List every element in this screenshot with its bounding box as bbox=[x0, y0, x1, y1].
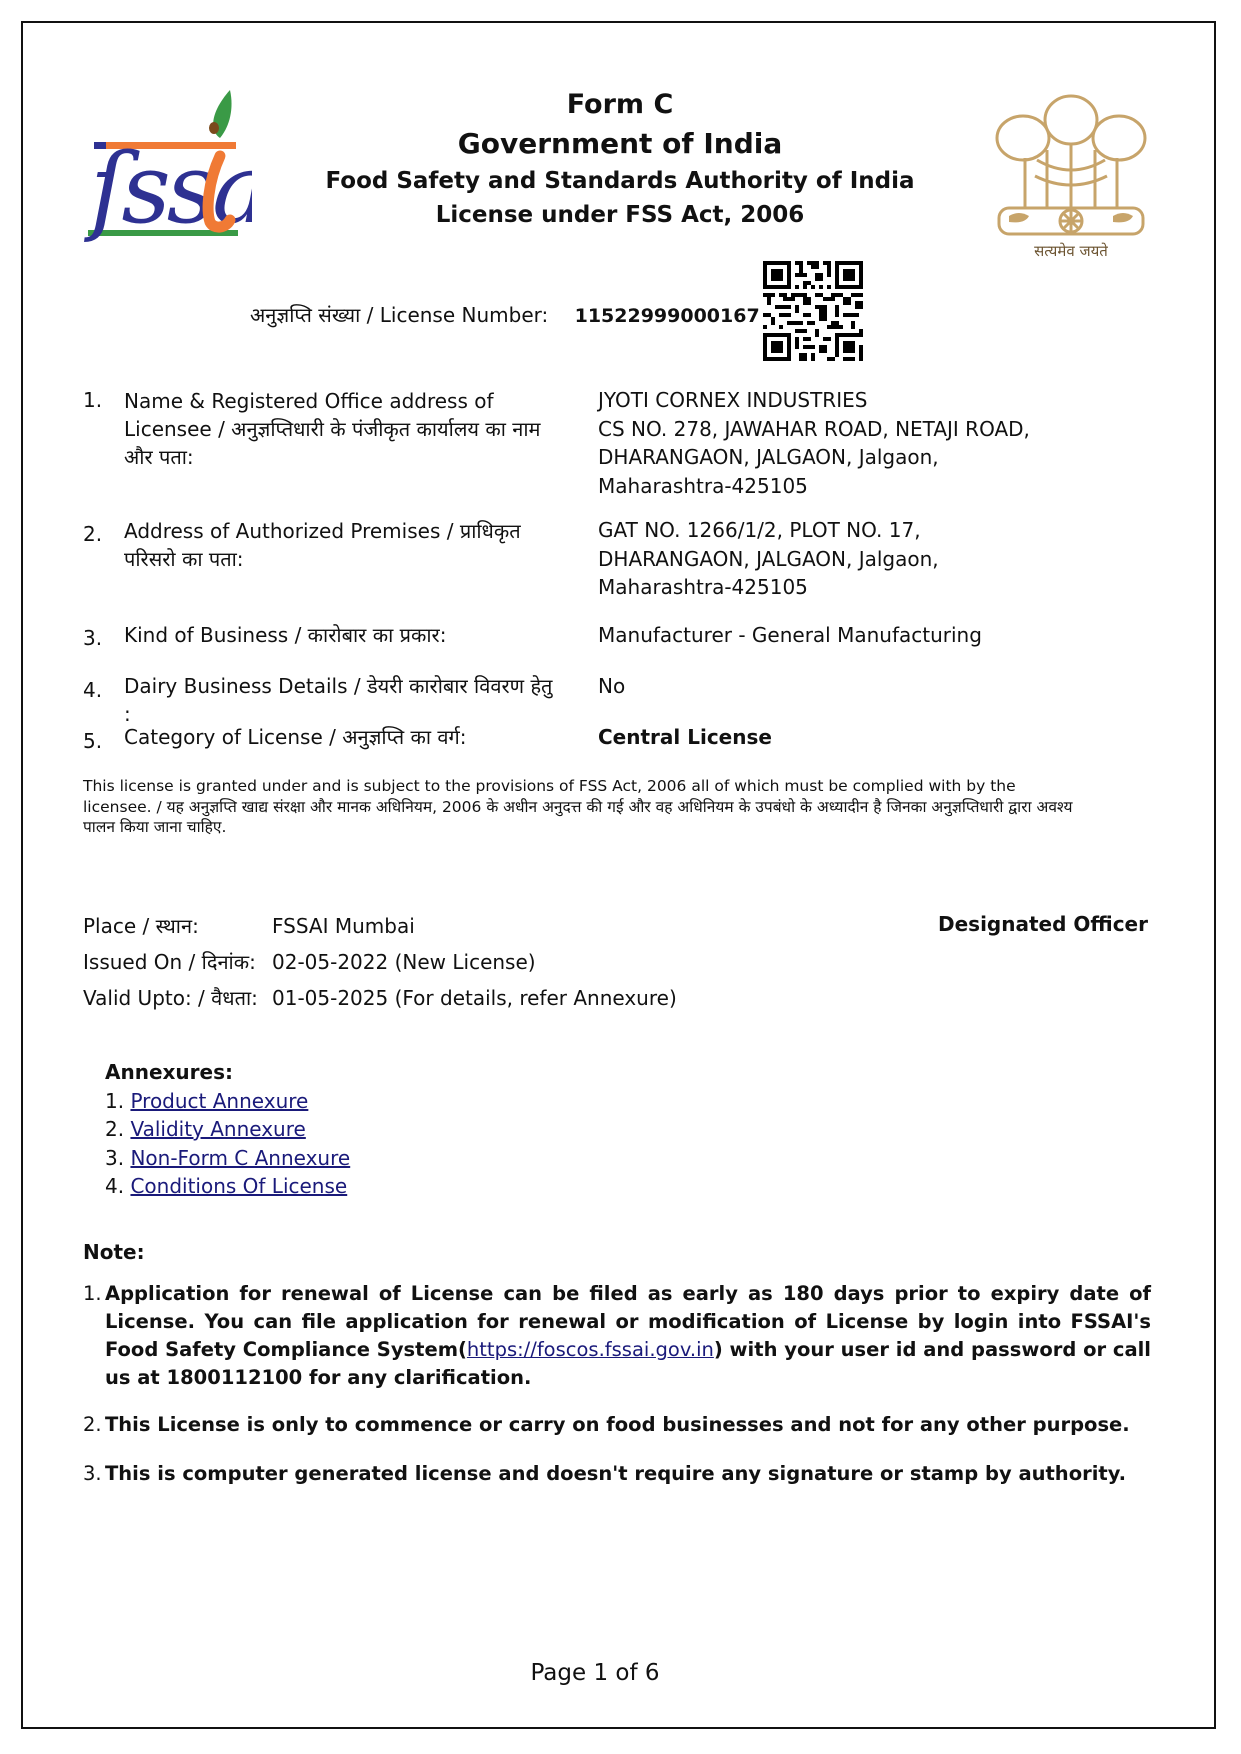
designated-officer: Designated Officer bbox=[938, 912, 1148, 936]
svg-text:सत्यमेव जयते: सत्यमेव जयते bbox=[1034, 242, 1108, 260]
conditions-of-license-link[interactable]: Conditions Of License bbox=[130, 1174, 347, 1198]
row-3-label: Kind of Business / कारोबार का प्रकार: bbox=[124, 621, 564, 649]
page-number: Page 1 of 6 bbox=[0, 1660, 1190, 1686]
licensee-name: JYOTI CORNEX INDUSTRIES bbox=[598, 386, 1158, 415]
note-item-2: 2. This License is only to commence or c… bbox=[83, 1411, 1151, 1439]
fssai-logo: ſssa bbox=[80, 82, 252, 252]
licensee-address-line: Maharashtra-425105 bbox=[598, 472, 1158, 501]
premises-address-line: GAT NO. 1266/1/2, PLOT NO. 17, bbox=[598, 516, 1158, 545]
national-emblem: सत्यमेव जयते bbox=[985, 80, 1157, 260]
act-title: License under FSS Act, 2006 bbox=[300, 198, 940, 232]
government-title: Government of India bbox=[300, 124, 940, 164]
row-1-value: JYOTI CORNEX INDUSTRIES CS NO. 278, JAWA… bbox=[598, 386, 1158, 500]
annexures-list: Annexures: 1. Product Annexure 2. Validi… bbox=[105, 1058, 350, 1201]
premises-address-line: Maharashtra-425105 bbox=[598, 573, 1158, 602]
row-3-number: 3. bbox=[83, 626, 102, 650]
non-form-c-annexure-link[interactable]: Non-Form C Annexure bbox=[130, 1146, 350, 1170]
dairy-business-value: No bbox=[598, 672, 1158, 701]
annexure-item: 4. Conditions Of License bbox=[105, 1172, 350, 1201]
place-label: Place / स्थान: bbox=[83, 911, 199, 941]
issued-on-value: 02-05-2022 (New License) bbox=[272, 947, 536, 977]
place-value: FSSAI Mumbai bbox=[272, 911, 415, 941]
issued-on-label: Issued On / दिनांक: bbox=[83, 947, 256, 977]
note-item-3: 3. This is computer generated license an… bbox=[83, 1460, 1151, 1488]
foscos-link[interactable]: https://foscos.fssai.gov.in bbox=[467, 1338, 714, 1361]
product-annexure-link[interactable]: Product Annexure bbox=[130, 1089, 308, 1113]
row-2-value: GAT NO. 1266/1/2, PLOT NO. 17, DHARANGAO… bbox=[598, 516, 1158, 602]
form-title: Form C bbox=[300, 86, 940, 124]
header: Form C Government of India Food Safety a… bbox=[300, 86, 940, 232]
qr-code bbox=[763, 261, 863, 361]
valid-upto-value: 01-05-2025 (For details, refer Annexure) bbox=[272, 983, 677, 1013]
annexures-title: Annexures: bbox=[105, 1058, 350, 1087]
license-number-label: अनुज्ञप्ति संख्या / License Number: bbox=[250, 300, 548, 330]
row-1-number: 1. bbox=[83, 388, 102, 412]
premises-address-line: DHARANGAON, JALGAON, Jalgaon, bbox=[598, 545, 1158, 574]
row-2-number: 2. bbox=[83, 522, 102, 546]
row-5-number: 5. bbox=[83, 729, 102, 753]
row-5-label: Category of License / अनुज्ञप्ति का वर्ग… bbox=[124, 723, 564, 751]
row-4-number: 4. bbox=[83, 678, 102, 702]
license-number: 11522999000167 bbox=[575, 301, 760, 331]
license-category-value: Central License bbox=[598, 723, 1158, 752]
kind-of-business-value: Manufacturer - General Manufacturing bbox=[598, 621, 1158, 650]
note-item-1: 1. Application for renewal of License ca… bbox=[83, 1280, 1151, 1392]
note-title: Note: bbox=[83, 1240, 145, 1264]
licensee-address-line: DHARANGAON, JALGAON, Jalgaon, bbox=[598, 443, 1158, 472]
license-number-row: अनुज्ञप्ति संख्या / License Number: 1152… bbox=[250, 300, 760, 331]
validity-annexure-link[interactable]: Validity Annexure bbox=[130, 1117, 305, 1141]
valid-upto-label: Valid Upto: / वैधता: bbox=[83, 983, 258, 1013]
annexure-item: 2. Validity Annexure bbox=[105, 1115, 350, 1144]
row-2-label: Address of Authorized Premises / प्राधिक… bbox=[124, 517, 564, 573]
annexure-item: 1. Product Annexure bbox=[105, 1087, 350, 1116]
license-disclaimer: This license is granted under and is sub… bbox=[83, 776, 1083, 838]
annexure-item: 3. Non-Form C Annexure bbox=[105, 1144, 350, 1173]
row-1-label: Name & Registered Office address of Lice… bbox=[124, 387, 564, 471]
authority-title: Food Safety and Standards Authority of I… bbox=[300, 164, 940, 198]
licensee-address-line: CS NO. 278, JAWAHAR ROAD, NETAJI ROAD, bbox=[598, 415, 1158, 444]
row-4-label: Dairy Business Details / डेयरी कारोबार व… bbox=[124, 672, 564, 728]
